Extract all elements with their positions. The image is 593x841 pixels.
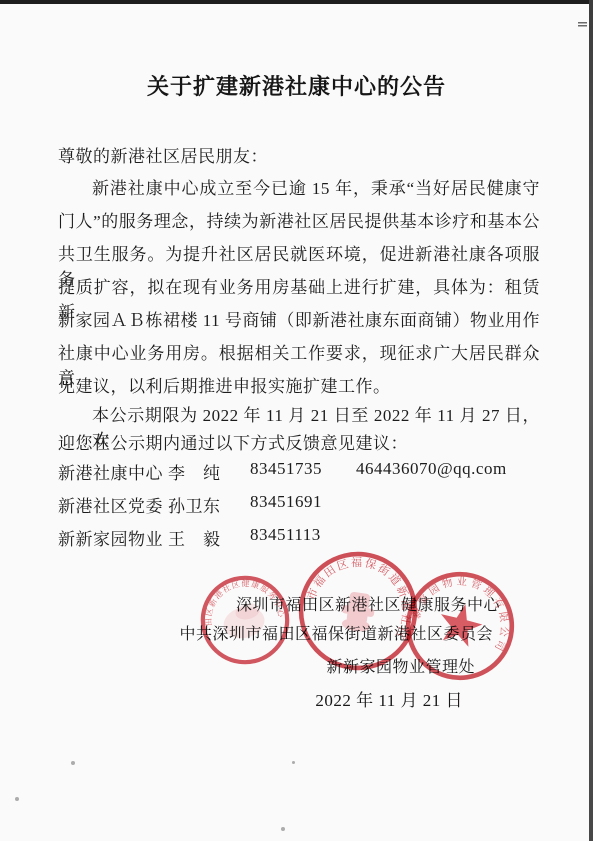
signature-date: 2022 年 11 月 21 日 <box>315 686 463 711</box>
contact-row: 新港社康中心 李 纯 83451735 464436070@qq.com <box>58 459 507 484</box>
body-line: 新家园ＡＢ栋裙楼 11 号商铺（即新港社康东面商铺）物业用作 <box>58 306 540 333</box>
scanned-announcement-page: 关于扩建新港社康中心的公告 尊敬的新港社区居民朋友： 新港社康中心成立至今已逾 … <box>0 0 593 841</box>
scan-speck <box>578 22 587 27</box>
health-center-seal-stamp: 福田区新港社区健康服务中心 <box>189 564 301 676</box>
body-line: 共卫生服务。为提升社区居民就医环境，促进新港社康各项服务 <box>58 240 540 267</box>
body-line: 提质扩容，拟在现有业务用房基础上进行扩建，具体为：租赁新 <box>58 273 540 300</box>
contact-row: 新港社区党委 孙卫东 83451691 <box>58 492 344 517</box>
contact-phone: 83451691 <box>250 492 344 517</box>
scan-speck <box>71 761 75 765</box>
scan-speck <box>281 827 285 831</box>
body-line: 社康中心业务用房。根据相关工作要求，现征求广大居民群众意 <box>58 339 540 366</box>
salutation-line: 尊敬的新港社区居民朋友： <box>58 142 540 169</box>
star-icon <box>435 599 486 649</box>
page-title: 关于扩建新港社康中心的公告 <box>0 70 593 101</box>
contact-row: 新新家园物业 王 毅 83451113 <box>58 525 344 550</box>
scan-speck <box>292 761 295 764</box>
body-line: 本公示期限为 2022 年 11 月 21 日至 2022 年 11 月 27 … <box>58 401 540 428</box>
body-line: 迎您在公示期内通过以下方式反馈意见建议： <box>58 429 540 456</box>
seal-emblem <box>339 591 377 634</box>
contact-phone: 83451735 <box>250 459 344 484</box>
contact-org: 新新家园物业 <box>58 525 164 550</box>
body-line: 新港社康中心成立至今已逾 15 年，秉承“当好居民健康守 <box>58 174 540 201</box>
contact-org: 新港社康中心 <box>58 459 164 484</box>
round-seal-icon: 福田区新港社区健康服务中心 <box>189 564 301 676</box>
contact-org: 新港社区党委 <box>58 492 164 517</box>
scan-edge-top <box>0 0 593 4</box>
contact-name: 孙卫东 <box>168 492 246 517</box>
contact-email: 464436070@qq.com <box>356 459 507 484</box>
body-line: 门人”的服务理念，持续为新港社区居民提供基本诊疗和基本公 <box>58 207 540 234</box>
body-line: 见建议，以利后期推进申报实施扩建工作。 <box>58 372 540 399</box>
scan-edge-right <box>589 0 593 841</box>
contact-name: 王 毅 <box>168 525 246 550</box>
scan-speck <box>15 797 19 801</box>
contact-name: 李 纯 <box>168 459 246 484</box>
